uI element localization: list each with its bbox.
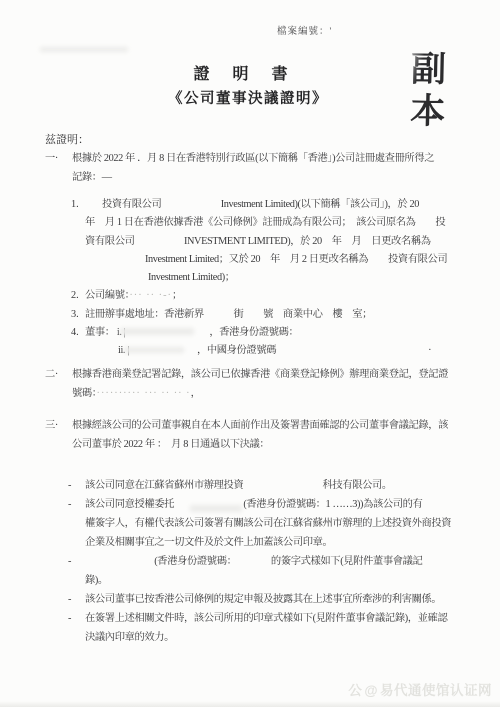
section-two-line: 號碼：·········· ··· ·· ·· ·， xyxy=(72,385,465,404)
punctuation: · xyxy=(428,345,431,356)
resolutions-list: - 該公司同意在江蘇省蘇州市辦理投資 科技有限公司。 - 該公司同意授權委托 (… xyxy=(68,476,460,647)
bullet-dash: - xyxy=(68,590,85,609)
section-two: 二· 根據香港商業登記署記錄，該公司已依據香港《商業登記條例》辦理商業登記，登記… xyxy=(45,366,465,403)
watermark-logo-icon: 公 xyxy=(348,679,362,699)
record-item-line: Investment Limited；又於 20 年 月 2 日更改名稱為 投資… xyxy=(85,251,465,269)
section-one-line: 記錄：— xyxy=(72,169,465,188)
section-two-marker: 二· xyxy=(45,366,72,403)
resolution-line: 權簽字人，有權代表該公司簽署有關該公司在江蘇省蘇州市辦理的上述投資外商投資 xyxy=(85,514,460,533)
record-item-line: 投資有限公司 Investment Limited)(以下簡稱「該公司」)，於 … xyxy=(85,196,465,214)
record-item-3: 3. 註冊辦事處地址：香港新界 街 號 商業中心 樓 室； xyxy=(85,306,465,324)
certificate-document-page: 檔案編號：' 證 明 書 《公司董事決議證明》 副本 兹證明： 一· 根據於 2… xyxy=(0,0,500,707)
record-item-line: Investment Limited)； xyxy=(85,269,465,287)
watermark-text: 易代通使馆认证网 xyxy=(380,683,492,698)
scan-smudge xyxy=(40,47,128,52)
record-item-line: 公司編號：··· ·· ·-·； xyxy=(85,287,465,305)
registry-record-list: 1. 投資有限公司 Investment Limited)(以下簡稱「該公司」)… xyxy=(85,196,465,361)
record-item-2: 2. 公司編號：··· ·· ·-·； xyxy=(85,287,465,305)
resolution-item: - 該公司同意在江蘇省蘇州市辦理投資 科技有限公司。 xyxy=(68,476,460,495)
section-two-line: 根據香港商業登記署記錄，該公司已依據香港《商業登記條例》辦理商業登記，登記證 xyxy=(72,366,465,385)
resolution-line: 錄)。 xyxy=(85,571,460,590)
bullet-dash: - xyxy=(68,609,85,647)
cn-id-label: ，中國身份證號碼 xyxy=(197,345,276,356)
item-number: 1. xyxy=(71,196,79,214)
redacted-name-box xyxy=(120,328,194,335)
company-number-label: 公司編號： xyxy=(85,290,129,301)
resolution-line: 該公司同意授權委托 (香港身份證號碼：1 ……3))為該公司的有 xyxy=(85,495,460,514)
item-number: 4. xyxy=(71,324,79,342)
redacted-company-number: ··· ·· ·-· xyxy=(129,290,172,301)
section-three-marker: 三· xyxy=(45,417,72,454)
watermark-at-icon: @ xyxy=(364,683,378,698)
resolution-line: (香港身份證號碼： 的簽字式樣如下(見附件董事會議記 xyxy=(85,552,460,571)
section-three-line: 根據經該公司的公司董事親自在本人面前作出及簽署書面確認的公司董事會議記錄，該 xyxy=(72,417,465,436)
hk-id-label: ，香港身份證號碼： xyxy=(209,327,298,338)
item-number: 3. xyxy=(71,306,79,324)
certify-intro: 兹證明： xyxy=(45,131,89,147)
resolution-item: - (香港身份證號碼： 的簽字式樣如下(見附件董事會議記 錄)。 xyxy=(68,552,460,590)
section-three: 三· 根據經該公司的公司董事親自在本人面前作出及簽署書面確認的公司董事會議記錄，… xyxy=(45,417,465,454)
duplicate-copy-stamp: 副本 xyxy=(399,49,451,150)
item-number: 2. xyxy=(71,287,79,305)
reg-number-label: 號碼： xyxy=(72,388,97,399)
section-one-line: 根據於 2022 年 ．月 8 日在香港特別行政區(以下簡稱「香港」)公司註冊處… xyxy=(72,150,465,169)
redacted-name-box xyxy=(124,347,184,353)
bullet-dash: - xyxy=(68,495,85,552)
page-bottom-edge xyxy=(0,701,500,707)
record-item-1: 1. 投資有限公司 Investment Limited)(以下簡稱「該公司」)… xyxy=(85,196,465,287)
resolution-line: 在簽署上述相關文件時，該公司所用的印章式樣如下(見附件董事會議記錄)，並確認 xyxy=(85,609,460,628)
resolution-item: - 該公司董事已按香港公司條例的規定申報及披露其在上述事宜所牽涉的利害關係。 xyxy=(68,590,460,609)
record-item-line: 資有限公司 INVESTMENT LIMITED)，於 20 年 月 日更改名稱… xyxy=(85,233,465,251)
watermark: 公@易代通使馆认证网 xyxy=(0,679,492,699)
section-one: 一· 根據於 2022 年 ．月 8 日在香港特別行政區(以下簡稱「香港」)公司… xyxy=(45,150,465,187)
section-three-line: 公司董事於 2022 年 ： 月 8 日通過以下決議： xyxy=(72,436,465,455)
record-item-line: 註冊辦事處地址：香港新界 街 號 商業中心 樓 室； xyxy=(85,306,465,324)
punctuation: ， xyxy=(191,388,201,399)
redacted-reg-number: ·········· ··· ·· ·· · xyxy=(97,388,191,399)
resolution-item: - 在簽署上述相關文件時，該公司所用的印章式樣如下(見附件董事會議記錄)，並確認… xyxy=(68,609,460,647)
resolution-line: 企業及相關事宜之一切文件及於文件上加蓋該公司印章。 xyxy=(85,533,460,552)
file-number-label: 檔案編號：' xyxy=(277,23,332,37)
punctuation: ； xyxy=(172,290,182,301)
bullet-dash: - xyxy=(68,552,85,590)
record-item-line: 年 月 1 日在香港依據香港《公司條例》註冊成為有限公司； 該公司原名為 投 xyxy=(85,214,465,232)
resolution-line: 決議內印章的效力。 xyxy=(85,628,460,647)
resolution-line: 該公司同意在江蘇省蘇州市辦理投資 科技有限公司。 xyxy=(85,476,460,495)
resolution-item: - 該公司同意授權委托 (香港身份證號碼：1 ……3))為該公司的有 權簽字人，… xyxy=(68,495,460,552)
bullet-dash: - xyxy=(68,476,85,495)
redacted-name-box xyxy=(190,505,242,512)
section-one-marker: 一· xyxy=(45,150,72,187)
resolution-line: 該公司董事已按香港公司條例的規定申報及披露其在上述事宜所牽涉的利害關係。 xyxy=(85,590,460,609)
